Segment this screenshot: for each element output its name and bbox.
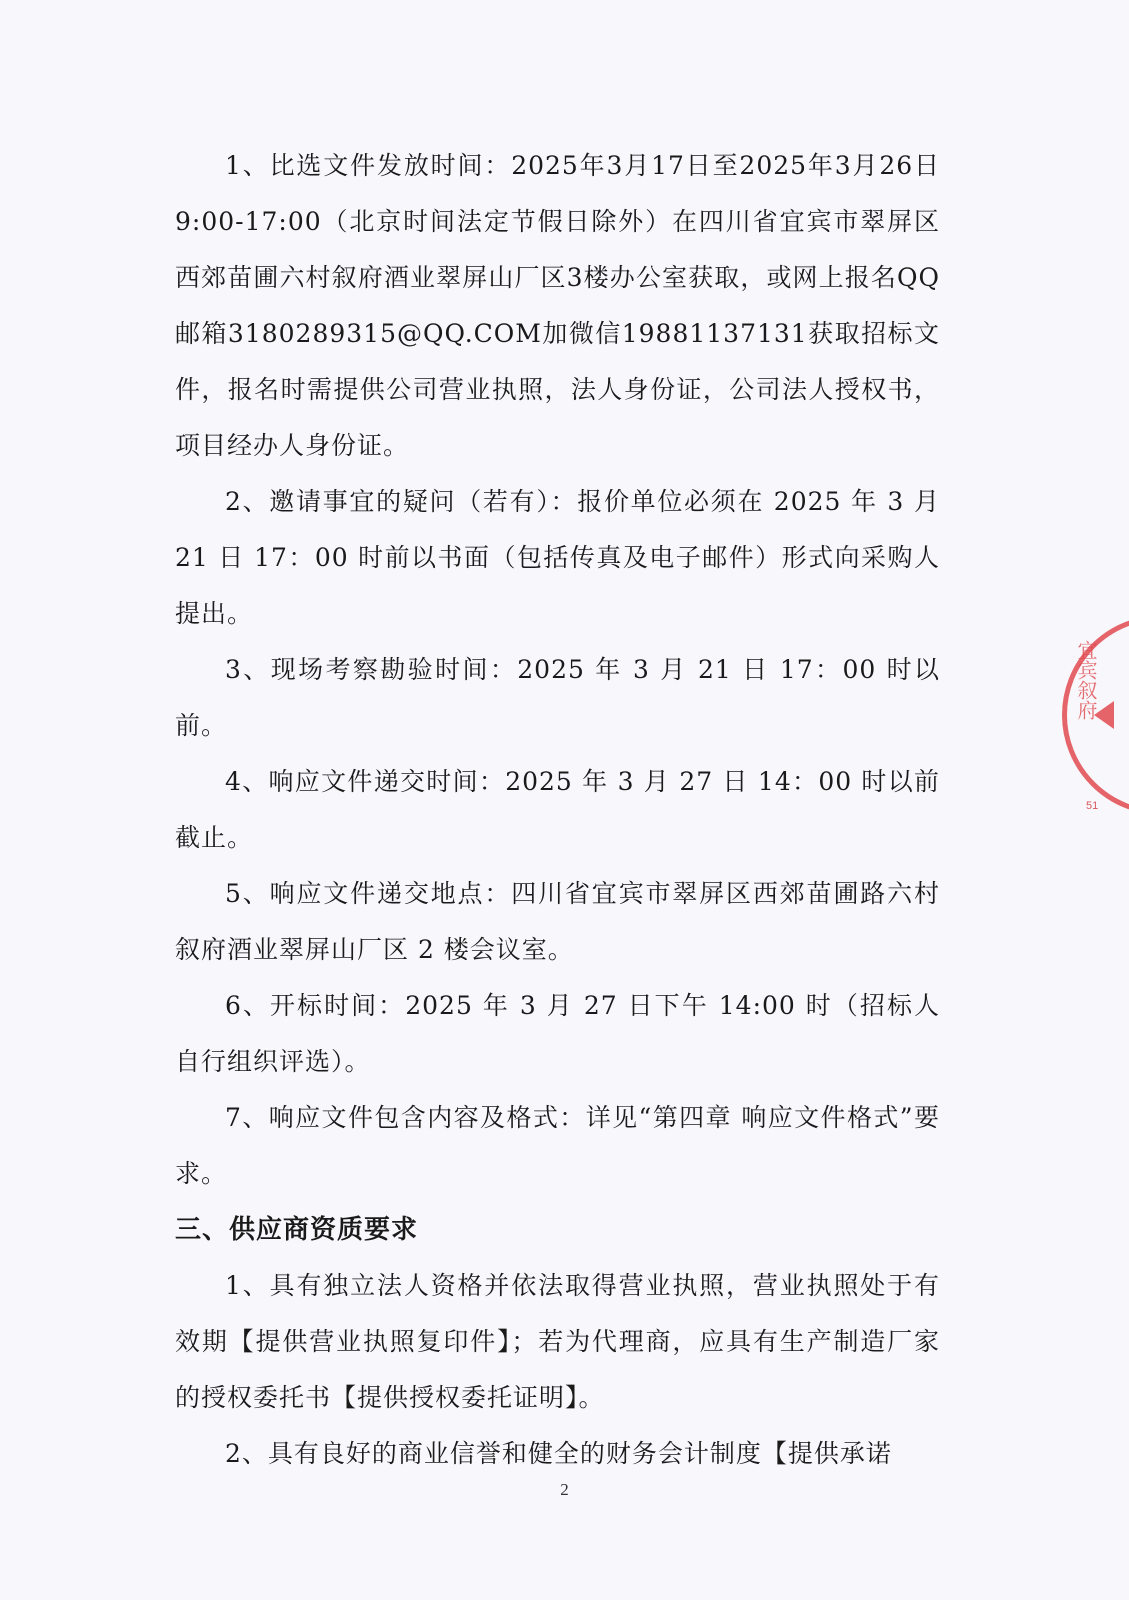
page-number: 2: [0, 1480, 1129, 1500]
paragraph-qualification-2: 2、具有良好的商业信誉和健全的财务会计制度【提供承诺: [175, 1426, 940, 1482]
paragraph-item-4: 4、响应文件递交时间：2025 年 3 月 27 日 14：00 时以前截止。: [175, 754, 940, 866]
paragraph-item-5: 5、响应文件递交地点：四川省宜宾市翠屏区西郊苗圃路六村叙府酒业翠屏山厂区 2 楼…: [175, 866, 940, 978]
paragraph-qualification-1: 1、具有独立法人资格并依法取得营业执照，营业执照处于有效期【提供营业执照复印件】…: [175, 1258, 940, 1426]
document-body: 1、比选文件发放时间：2025年3月17日至2025年3月26日9:00-17:…: [175, 138, 940, 1482]
seal-text: 宜宾叙府: [1068, 640, 1098, 720]
paragraph-item-3: 3、现场考察勘验时间：2025 年 3 月 21 日 17：00 时以前。: [175, 642, 940, 754]
paragraph-item-2: 2、邀请事宜的疑问（若有）：报价单位必须在 2025 年 3 月 21 日 17…: [175, 474, 940, 642]
paragraph-item-1: 1、比选文件发放时间：2025年3月17日至2025年3月26日9:00-17:…: [175, 138, 940, 474]
paragraph-item-6: 6、开标时间：2025 年 3 月 27 日下午 14:00 时（招标人自行组织…: [175, 978, 940, 1090]
paragraph-item-7: 7、响应文件包含内容及格式：详见“第四章 响应文件格式”要求。: [175, 1090, 940, 1202]
seal-code: 51: [1086, 800, 1098, 812]
document-page: 1、比选文件发放时间：2025年3月17日至2025年3月26日9:00-17:…: [0, 0, 1129, 1600]
section-heading-supplier-qualifications: 三、供应商资质要求: [175, 1202, 940, 1258]
